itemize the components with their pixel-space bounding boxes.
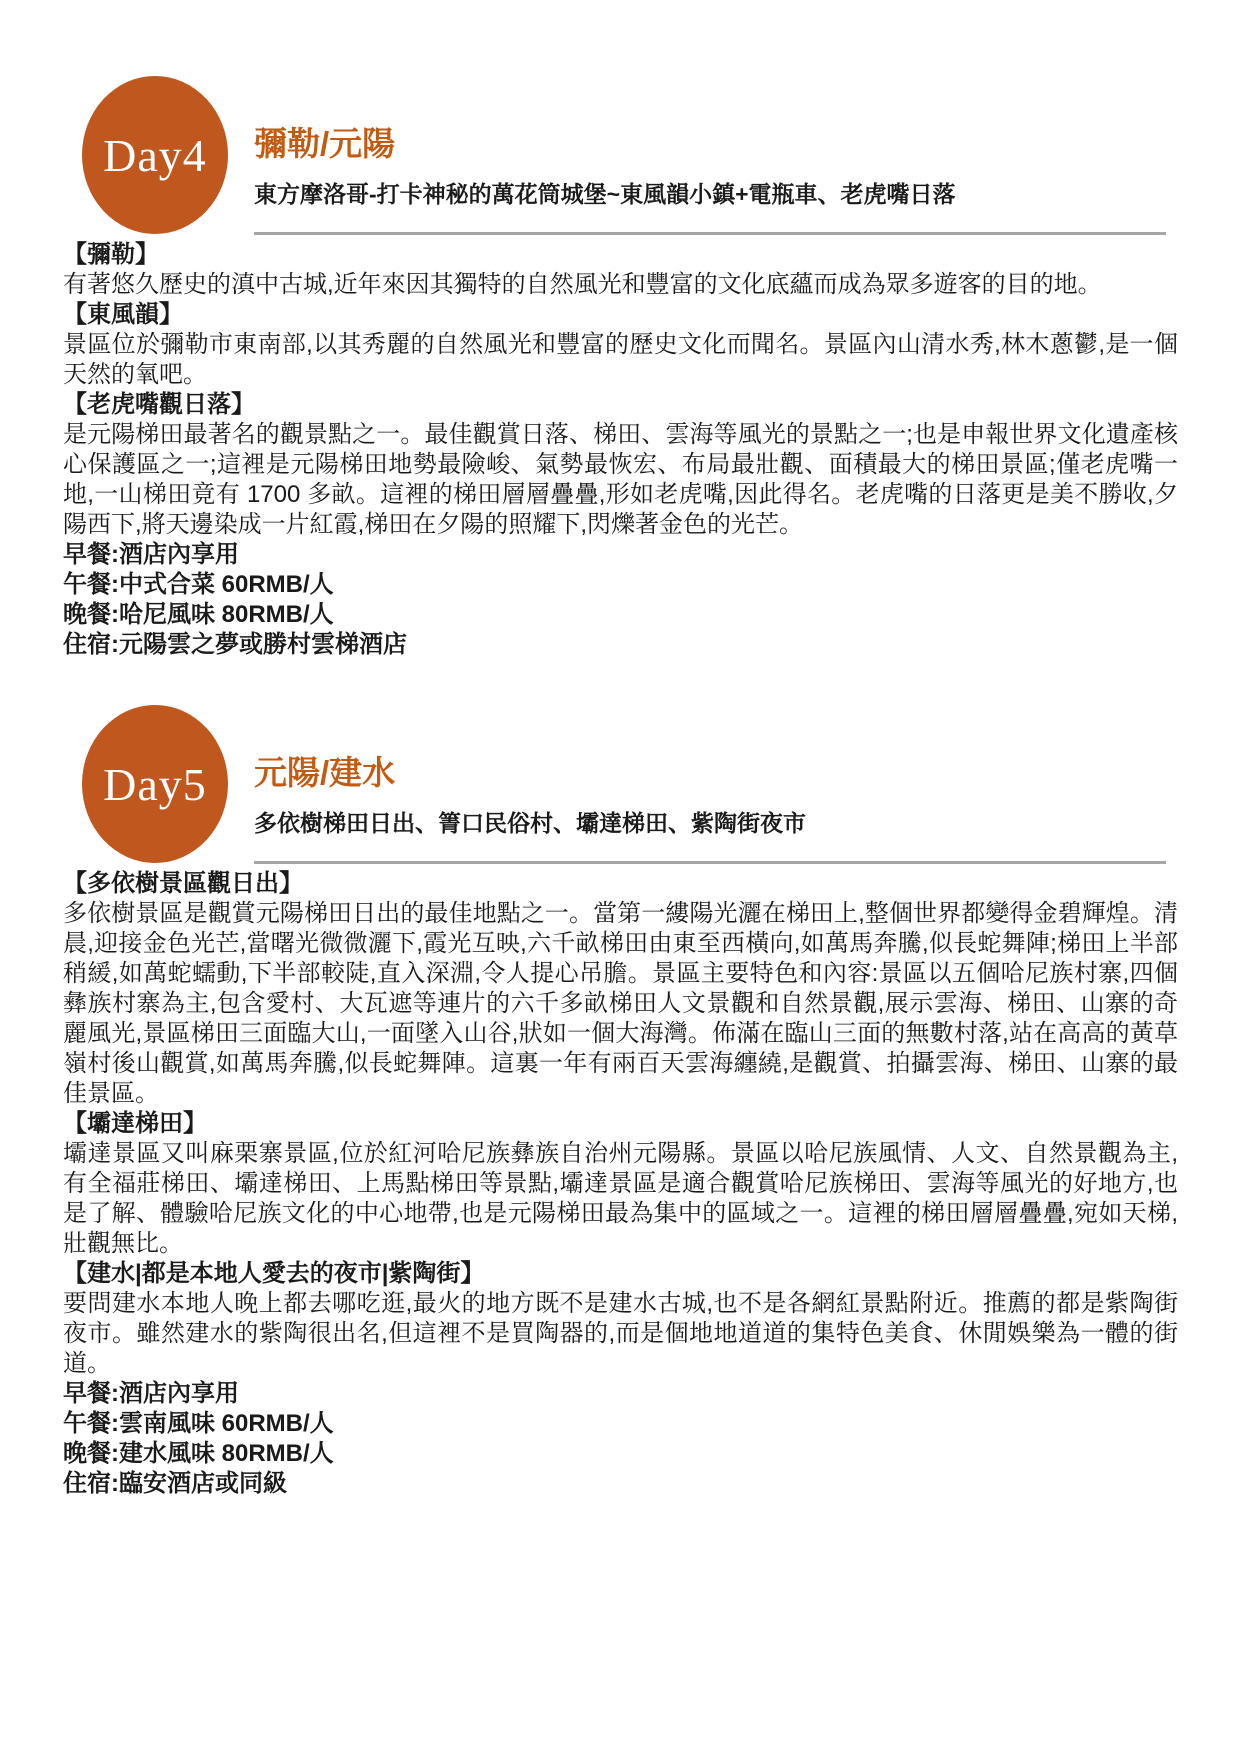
day4-subtitle: 東方摩洛哥-打卡神秘的萬花筒城堡~東風韻小鎮+電瓶車、老虎嘴日落 (254, 176, 956, 209)
section-heading: 【建水|都是本地人愛去的夜市|紫陶街】 (63, 1259, 1178, 1289)
section-heading: 【東風韻】 (63, 300, 1178, 330)
day4-title: 彌勒/元陽 (254, 118, 395, 165)
day4-badge: Day4 (82, 76, 228, 234)
meal-line-lunch: 午餐:中式合菜 60RMB/人 (63, 570, 1178, 600)
meal-line-lodging: 住宿:元陽雲之夢或勝村雲梯酒店 (63, 630, 1178, 660)
itinerary-page: Day4 彌勒/元陽 東方摩洛哥-打卡神秘的萬花筒城堡~東風韻小鎮+電瓶車、老虎… (0, 0, 1240, 1755)
meal-line-dinner: 晚餐:哈尼風味 80RMB/人 (63, 600, 1178, 630)
day5-badge: Day5 (82, 705, 228, 863)
day4-block: Day4 彌勒/元陽 東方摩洛哥-打卡神秘的萬花筒城堡~東風韻小鎮+電瓶車、老虎… (0, 76, 1240, 705)
section-body: 是元陽梯田最著名的觀景點之一。最佳觀賞日落、梯田、雲海等風光的景點之一;也是申報… (63, 420, 1178, 540)
day5-block: Day5 元陽/建水 多依樹梯田日出、箐口民俗村、壩達梯田、紫陶街夜市 【多依樹… (0, 705, 1240, 1755)
day5-header-divider (254, 861, 1166, 864)
day4-badge-label: Day4 (103, 129, 207, 182)
meal-line-dinner: 晚餐:建水風味 80RMB/人 (63, 1439, 1178, 1469)
section-body: 景區位於彌勒市東南部,以其秀麗的自然風光和豐富的歷史文化而聞名。景區內山清水秀,… (63, 330, 1178, 390)
section-heading: 【老虎嘴觀日落】 (63, 390, 1178, 420)
section-body: 壩達景區又叫麻栗寨景區,位於紅河哈尼族彝族自治州元陽縣。景區以哈尼族風情、人文、… (63, 1139, 1178, 1259)
meal-line-breakfast: 早餐:酒店內享用 (63, 540, 1178, 570)
section-heading: 【多依樹景區觀日出】 (63, 869, 1178, 899)
day4-header-divider (254, 232, 1166, 235)
day5-badge-label: Day5 (103, 758, 207, 811)
day5-title: 元陽/建水 (254, 747, 395, 794)
section-body: 要問建水本地人晚上都去哪吃逛,最火的地方既不是建水古城,也不是各網紅景點附近。推… (63, 1289, 1178, 1379)
meal-line-lodging: 住宿:臨安酒店或同級 (63, 1469, 1178, 1499)
day5-subtitle: 多依樹梯田日出、箐口民俗村、壩達梯田、紫陶街夜市 (254, 805, 806, 838)
meal-line-lunch: 午餐:雲南風味 60RMB/人 (63, 1409, 1178, 1439)
day4-body: 【彌勒】 有著悠久歷史的滇中古城,近年來因其獨特的自然風光和豐富的文化底蘊而成為… (63, 240, 1178, 660)
section-heading: 【彌勒】 (63, 240, 1178, 270)
section-heading: 【壩達梯田】 (63, 1109, 1178, 1139)
meal-line-breakfast: 早餐:酒店內享用 (63, 1379, 1178, 1409)
day5-body: 【多依樹景區觀日出】 多依樹景區是觀賞元陽梯田日出的最佳地點之一。當第一縷陽光灑… (63, 869, 1178, 1499)
section-body: 多依樹景區是觀賞元陽梯田日出的最佳地點之一。當第一縷陽光灑在梯田上,整個世界都變… (63, 899, 1178, 1109)
section-body: 有著悠久歷史的滇中古城,近年來因其獨特的自然風光和豐富的文化底蘊而成為眾多遊客的… (63, 270, 1178, 300)
